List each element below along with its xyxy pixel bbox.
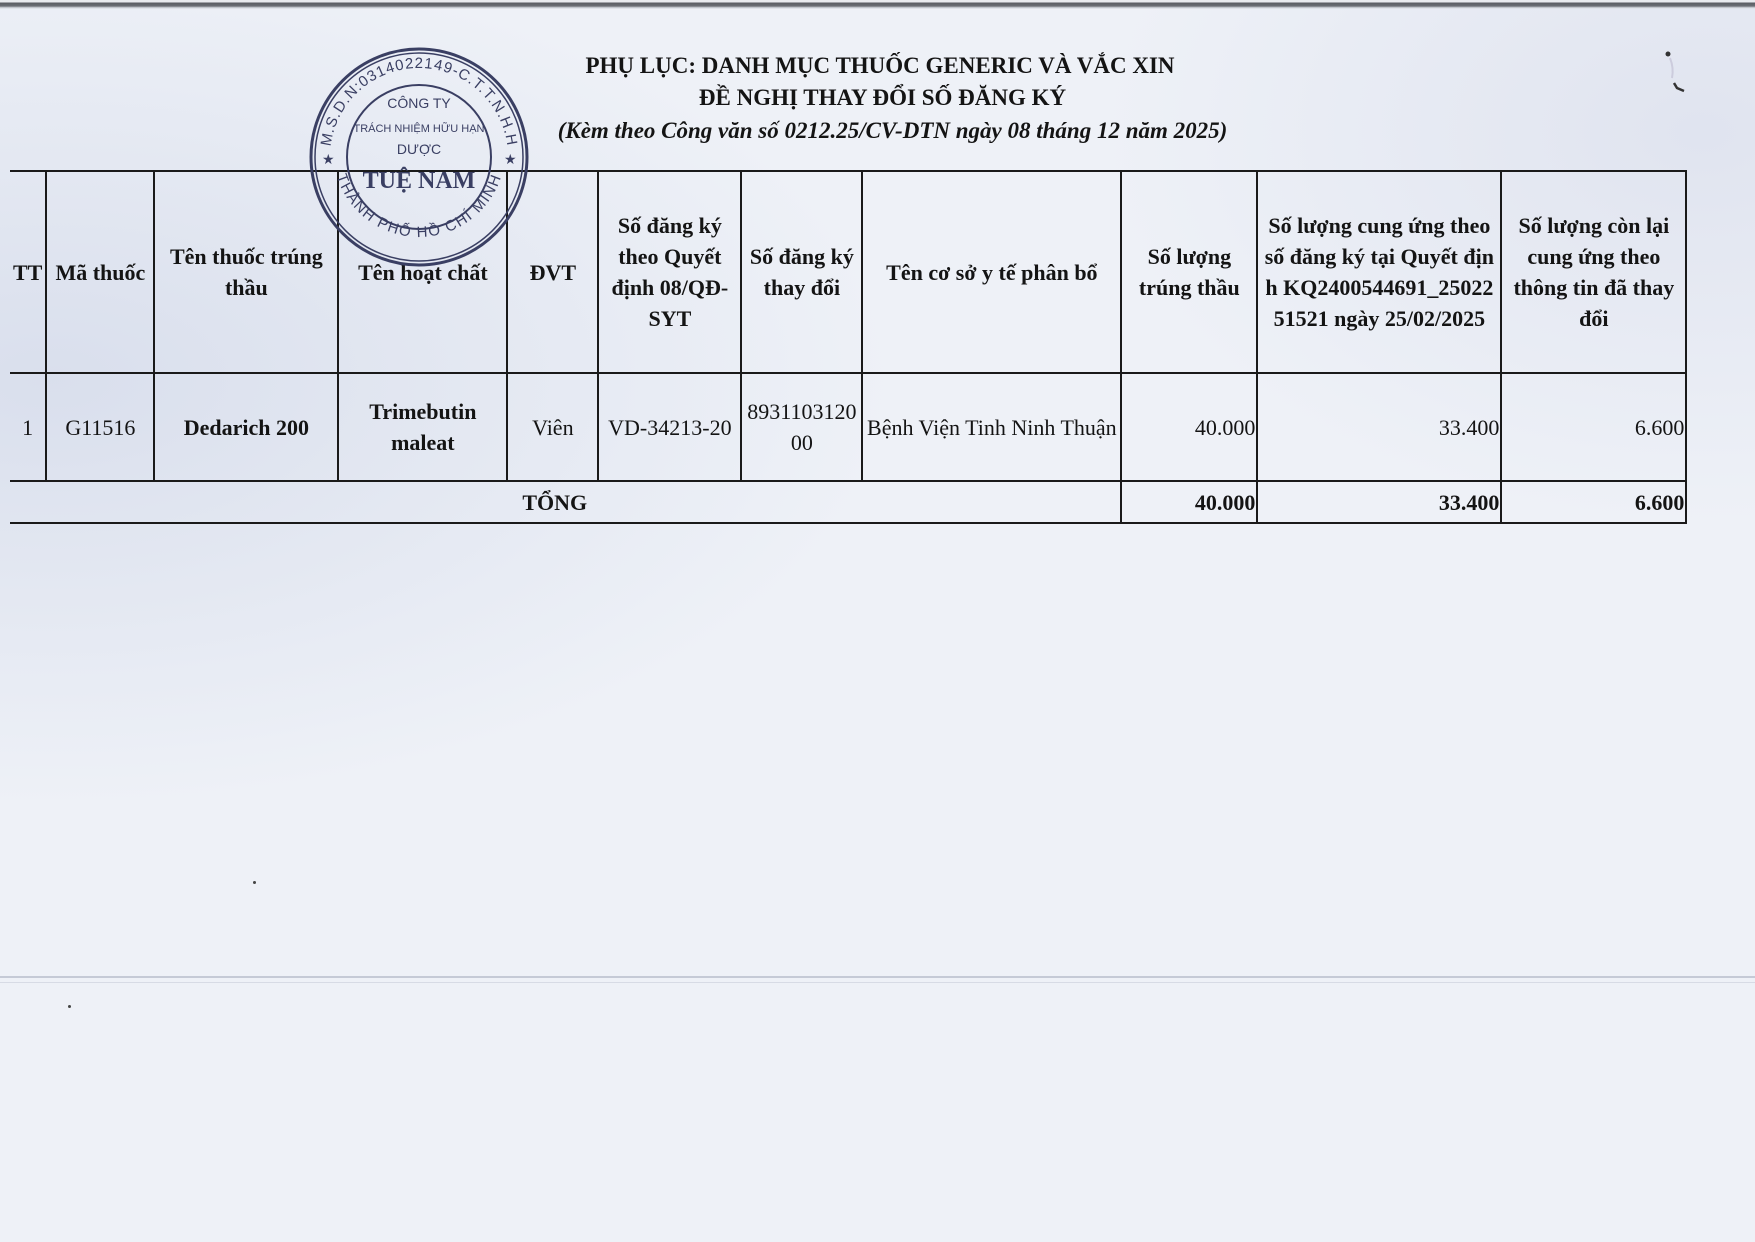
header-co-so: Tên cơ sở y tế phân bổ bbox=[862, 171, 1121, 373]
document-title: PHỤ LỤC: DANH MỤC THUỐC GENERIC VÀ VẮC X… bbox=[0, 50, 1755, 82]
total-row: TỔNG 40.000 33.400 6.600 bbox=[10, 481, 1686, 523]
appendix-table: TT Mã thuốc Tên thuốc trúng thầu Tên hoạ… bbox=[10, 170, 1687, 524]
fold-line bbox=[0, 982, 1755, 983]
header-ma-thuoc: Mã thuốc bbox=[46, 171, 154, 373]
header-sl-trung-thau: Số lượng trúng thầu bbox=[1121, 171, 1257, 373]
cell-stt: 1 bbox=[10, 373, 46, 481]
cell-sdk-cu: VD-34213-20 bbox=[598, 373, 741, 481]
cell-ma-thuoc: G11516 bbox=[46, 373, 154, 481]
total-sl-trung-thau: 40.000 bbox=[1121, 481, 1257, 523]
scan-speck bbox=[253, 881, 256, 884]
header-sdk-cu: Số đăng ký theo Quyết định 08/QĐ-SYT bbox=[598, 171, 741, 373]
stamp-star-icon: ★ bbox=[322, 151, 335, 167]
header-sl-con-lai: Số lượng còn lại cung ứng theo thông tin… bbox=[1501, 171, 1686, 373]
scan-top-edge bbox=[0, 0, 1755, 9]
scan-mark bbox=[1662, 48, 1692, 108]
cell-sl-con-lai: 6.600 bbox=[1501, 373, 1686, 481]
header-dvt: ĐVT bbox=[507, 171, 598, 373]
header-stt: TT bbox=[10, 171, 46, 373]
table-row: 1 G11516 Dedarich 200 Trimebutin maleat … bbox=[10, 373, 1686, 481]
total-label: TỔNG bbox=[507, 481, 1121, 523]
total-label-text: TỔNG bbox=[522, 490, 587, 515]
total-blank bbox=[10, 481, 507, 523]
document-subtitle: (Kèm theo Công văn số 0212.25/CV-DTN ngà… bbox=[0, 115, 1755, 147]
cell-dvt: Viên bbox=[507, 373, 598, 481]
scan-speck bbox=[68, 1005, 71, 1008]
total-sl-con-lai: 6.600 bbox=[1501, 481, 1686, 523]
cell-co-so: Bệnh Viện Tinh Ninh Thuận bbox=[862, 373, 1121, 481]
total-sl-cung-ung: 33.400 bbox=[1257, 481, 1501, 523]
cell-hoat-chat: Trimebutin maleat bbox=[338, 373, 507, 481]
cell-sdk-moi: 893110312000 bbox=[741, 373, 862, 481]
cell-ten-thuoc: Dedarich 200 bbox=[154, 373, 338, 481]
header-ten-thuoc: Tên thuốc trúng thầu bbox=[154, 171, 338, 373]
header-sdk-moi: Số đăng ký thay đổi bbox=[741, 171, 862, 373]
document-title-line2: ĐỀ NGHỊ THAY ĐỔI SỐ ĐĂNG KÝ bbox=[0, 82, 1755, 114]
table-header-row: TT Mã thuốc Tên thuốc trúng thầu Tên hoạ… bbox=[10, 171, 1686, 373]
fold-line bbox=[0, 976, 1755, 978]
document-heading: PHỤ LỤC: DANH MỤC THUỐC GENERIC VÀ VẮC X… bbox=[0, 50, 1755, 147]
stamp-star-icon: ★ bbox=[504, 151, 517, 167]
cell-sl-trung-thau: 40.000 bbox=[1121, 373, 1257, 481]
header-sl-cung-ung: Số lượng cung ứng theo số đăng ký tại Qu… bbox=[1257, 171, 1501, 373]
header-hoat-chat: Tên hoạt chất bbox=[338, 171, 507, 373]
cell-sl-cung-ung: 33.400 bbox=[1257, 373, 1501, 481]
